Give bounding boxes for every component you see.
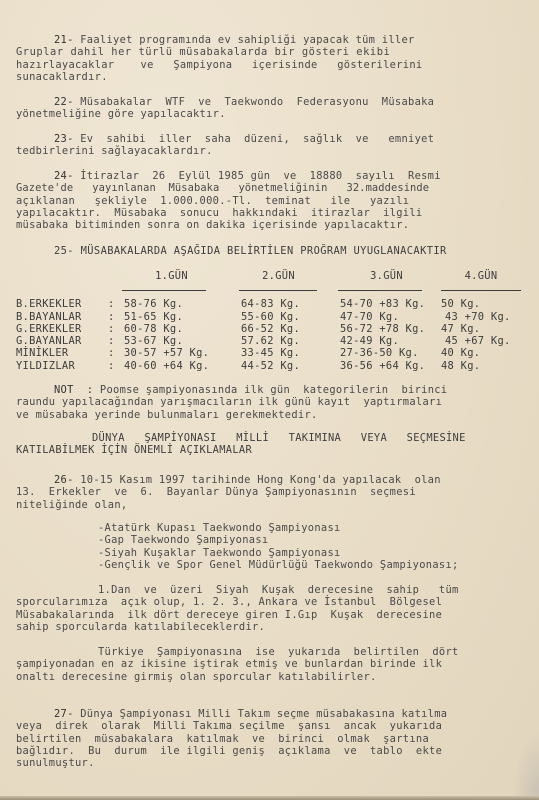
underline [122, 290, 206, 292]
weight-day1-cell: 40-60 +64 Kg. [118, 360, 225, 372]
underline [239, 290, 317, 292]
note-label: NOT : [54, 384, 93, 396]
championship-list: -Atatürk Kupası Taekwondo Şampiyonası -G… [16, 522, 521, 571]
note-paragraph: NOT : Poomse şampiyonasında ilk gün kate… [16, 384, 521, 421]
category-cell: B.ERKEKLER: [16, 298, 118, 310]
weight-day1-cell: 30-57 +57 Kg. [118, 347, 225, 359]
weight-day4-cell: 47 Kg. [441, 323, 521, 335]
day-header: 3.GÜN [332, 270, 441, 282]
paragraph-22: 22- Müsabakalar WTF ve Taekwondo Federas… [16, 96, 521, 121]
list-item: -Gençlik ve Spor Genel Müdürlüğü Taekwon… [98, 559, 521, 571]
day-header: 4.GÜN [441, 270, 521, 282]
weight-day2-cell: 44-52 Kg. [225, 360, 332, 372]
weight-day4-cell: 43 +70 Kg. [441, 311, 521, 323]
category-cell: B.BAYANLAR: [16, 311, 118, 323]
paragraph-26: 26- 10-15 Kasım 1997 tarihinde Hong Kong… [16, 474, 521, 511]
weight-day4-cell: 40 Kg. [441, 347, 521, 359]
paragraph-26-turkey: Türkiye Şampiyonasına ise yukarıda belir… [16, 646, 521, 683]
category-cell: G.ERKEKLER: [16, 323, 118, 335]
list-item: -Siyah Kuşaklar Taekwondo Şampiyonası [98, 547, 521, 559]
day-header-row: 1.GÜN 2.GÜN 3.GÜN 4.GÜN [16, 270, 521, 282]
weight-day4-cell: 45 +67 Kg. [441, 335, 521, 347]
weight-day2-cell: 64-83 Kg. [225, 298, 332, 310]
underline [441, 290, 521, 292]
table-row: MİNİKLER:30-57 +57 Kg.33-45 Kg.27-36-50 … [16, 347, 521, 359]
weight-day2-cell: 57.62 Kg. [225, 335, 332, 347]
paragraph-21: 21- Faaliyet programında ev sahipliği ya… [16, 34, 521, 83]
weight-day3-cell: 54-70 +83 Kg. [332, 298, 441, 310]
item-number: 26- [54, 474, 74, 486]
paragraph-23: 23- Ev sahibi iller saha düzeni, sağlık … [16, 133, 521, 158]
table-row: B.ERKEKLER:58-76 Kg.64-83 Kg.54-70 +83 K… [16, 298, 521, 310]
weight-day4-cell: 50 Kg. [441, 298, 521, 310]
item-number: 24- [54, 170, 74, 182]
weight-day2-cell: 55-60 Kg. [225, 311, 332, 323]
item-number: 22- [54, 96, 74, 108]
table-row: YILDIZLAR:40-60 +64 Kg.44-52 Kg.36-56 +6… [16, 360, 521, 372]
category-cell: G.BAYANLAR: [16, 335, 118, 347]
weight-day2-cell: 66-52 Kg. [225, 323, 332, 335]
page-edge [0, 796, 539, 800]
item-number: 23- [54, 133, 74, 145]
category-cell: MİNİKLER: [16, 347, 118, 359]
weight-day3-cell: 42-49 Kg. [332, 335, 441, 347]
paragraph-27: 27- Dünya Şampiyonası Milli Takım seçme … [16, 708, 521, 769]
list-item: -Atatürk Kupası Taekwondo Şampiyonası [98, 522, 521, 534]
weight-day1-cell: 51-65 Kg. [118, 311, 225, 323]
day-header: 1.GÜN [118, 270, 225, 282]
paragraph-26-eligibility: 1.Dan ve üzeri Siyah Kuşak derecesine sa… [16, 584, 521, 633]
weight-day1-cell: 58-76 Kg. [118, 298, 225, 310]
program-heading: 25- MÜSABAKALARDA AŞAĞIDA BELİRTİLEN PRO… [16, 245, 521, 257]
day-header: 2.GÜN [225, 270, 332, 282]
weight-day3-cell: 56-72 +78 Kg. [332, 323, 441, 335]
table-row: G.ERKEKLER:60-78 Kg.66-52 Kg.56-72 +78 K… [16, 323, 521, 335]
weight-day1-cell: 60-78 Kg. [118, 323, 225, 335]
section-heading: DÜNYA ŞAMPİYONASI MİLLİ TAKIMINA VEYA SE… [16, 432, 521, 457]
weight-day3-cell: 36-56 +64 Kg. [332, 360, 441, 372]
category-cell: YILDIZLAR: [16, 360, 118, 372]
item-number: 27- [54, 708, 74, 720]
weight-day4-cell: 48 Kg. [441, 360, 521, 372]
underline [338, 290, 422, 292]
weight-day3-cell: 27-36-50 Kg. [332, 347, 441, 359]
weight-day2-cell: 33-45 Kg. [225, 347, 332, 359]
item-number: 21- [54, 34, 74, 46]
program-table: 1.GÜN 2.GÜN 3.GÜN 4.GÜN B.ERKEKLER:58-76… [16, 270, 521, 372]
paragraph-24: 24- İtirazlar 26 Eylül 1985 gün ve 18880… [16, 170, 521, 231]
weight-day1-cell: 53-67 Kg. [118, 335, 225, 347]
table-row: B.BAYANLAR:51-65 Kg.55-60 Kg.47-70 Kg.43… [16, 311, 521, 323]
weight-day3-cell: 47-70 Kg. [332, 311, 441, 323]
list-item: -Gap Taekwondo Şampiyonası [98, 534, 521, 546]
table-row: G.BAYANLAR:53-67 Kg.57.62 Kg.42-49 Kg.45… [16, 335, 521, 347]
paper-wear [513, 730, 539, 800]
